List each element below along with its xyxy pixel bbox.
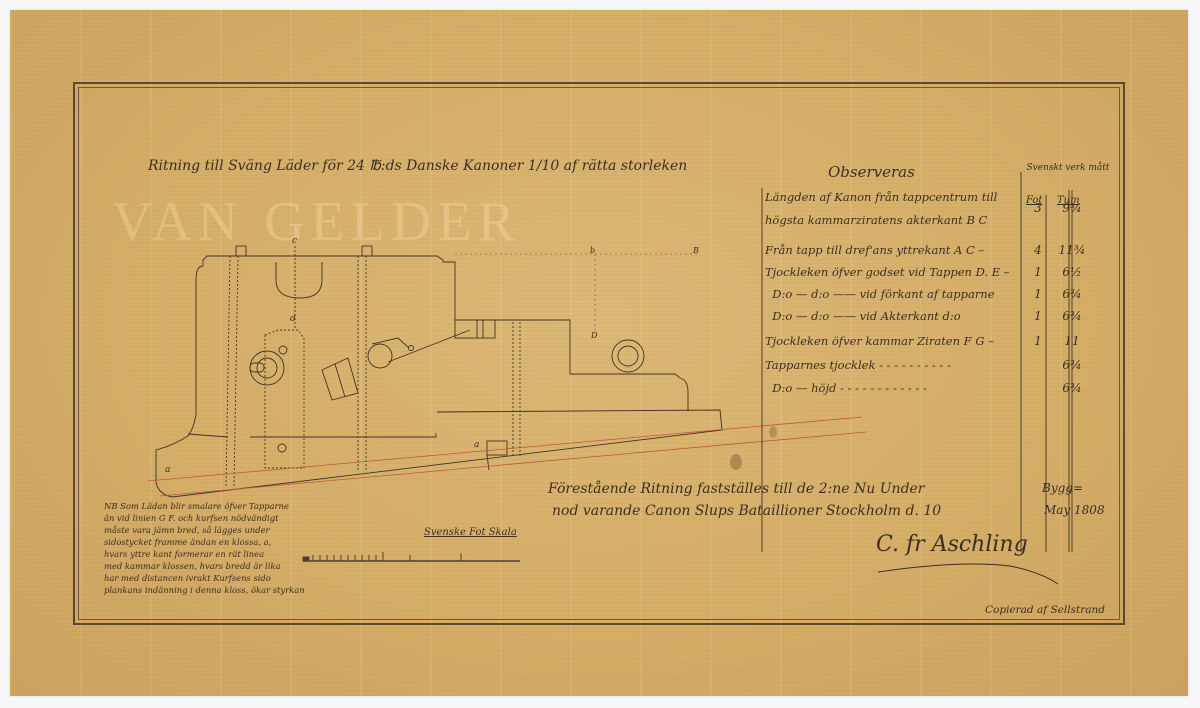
- label-d: d: [290, 314, 296, 324]
- row-label: Från tapp till dref'ans yttrekant A C –: [765, 243, 984, 257]
- table-row: Tjockleken öfver kammar Ziraten F G – 1 …: [762, 334, 1122, 356]
- row-label: D:o — d:o —— vid Akterkant d:o: [765, 309, 961, 323]
- row-fot: 1: [1028, 287, 1048, 301]
- row-label: D:o — d:o —— vid förkant af tapparne: [765, 287, 995, 301]
- table-row: D:o — d:o —— vid Akterkant d:o 1 6¾: [762, 309, 1122, 331]
- row-tum: 9¾: [1052, 201, 1092, 215]
- row-label: Längden af Kanon från tappcentrum till: [765, 190, 997, 204]
- declaration-date: May 1808: [1044, 503, 1105, 517]
- declaration-line-2: nod varande Canon Slups Bataillioner Sto…: [552, 503, 941, 519]
- table-row: Tapparnes tjocklek - - - - - - - - - - 6…: [762, 358, 1122, 380]
- label-a-right: a: [474, 440, 479, 450]
- table-row: D:o — höjd - - - - - - - - - - - - 6¾: [762, 381, 1122, 403]
- row-fot: 1: [1028, 334, 1048, 348]
- label-D: D: [591, 331, 597, 340]
- label-B: B: [693, 246, 699, 255]
- declaration-line-1: Förestående Ritning fastställes till de …: [548, 481, 925, 497]
- row-label: Tapparnes tjocklek - - - - - - - - - -: [765, 358, 951, 372]
- row-fot: 3: [1028, 201, 1048, 215]
- row-tum: 6¾: [1052, 287, 1092, 301]
- table-row: Tjockleken öfver godset vid Tappen D. E …: [762, 265, 1122, 287]
- row-label: Tjockleken öfver kammar Ziraten F G –: [765, 334, 994, 348]
- row-tum: 6½: [1052, 265, 1092, 279]
- row-tum: 6¾: [1052, 358, 1092, 372]
- row-label: D:o — höjd - - - - - - - - - - - -: [765, 381, 927, 395]
- table-row: D:o — d:o —— vid förkant af tapparne 1 6…: [762, 287, 1122, 309]
- signature: C. fr Aschling: [876, 532, 1028, 557]
- row-label: högsta kammarziratens akterkant B C: [765, 213, 987, 227]
- table-heading: Observeras: [828, 163, 915, 181]
- table-row: Från tapp till dref'ans yttrekant A C – …: [762, 243, 1122, 265]
- row-tum: 11¾: [1052, 243, 1092, 257]
- label-a-left: a: [165, 465, 170, 475]
- measure-column-header: Svenskt verk mått: [1022, 163, 1114, 173]
- row-tum: 6¾: [1052, 309, 1092, 323]
- row-fot: 4: [1028, 243, 1048, 257]
- declaration-line-1-right: Bygg=: [1042, 481, 1083, 495]
- label-b: b: [590, 246, 595, 255]
- row-tum: 6¾: [1052, 381, 1092, 395]
- row-tum: 11: [1052, 334, 1092, 348]
- row-fot: 1: [1028, 309, 1048, 323]
- copyist-credit: Copierad af Sellstrand: [985, 604, 1105, 616]
- row-label: Tjockleken öfver godset vid Tappen D. E …: [765, 265, 1010, 279]
- nota-bene-note: NB Som Lädan blir smalare öfver Tapparne…: [104, 500, 305, 596]
- row-fot: 1: [1028, 265, 1048, 279]
- label-c: c: [292, 236, 297, 246]
- table-row: högsta kammarziratens akterkant B C 3 9¾: [762, 213, 1122, 235]
- scale-title: Svenske Fot Skala: [424, 527, 517, 538]
